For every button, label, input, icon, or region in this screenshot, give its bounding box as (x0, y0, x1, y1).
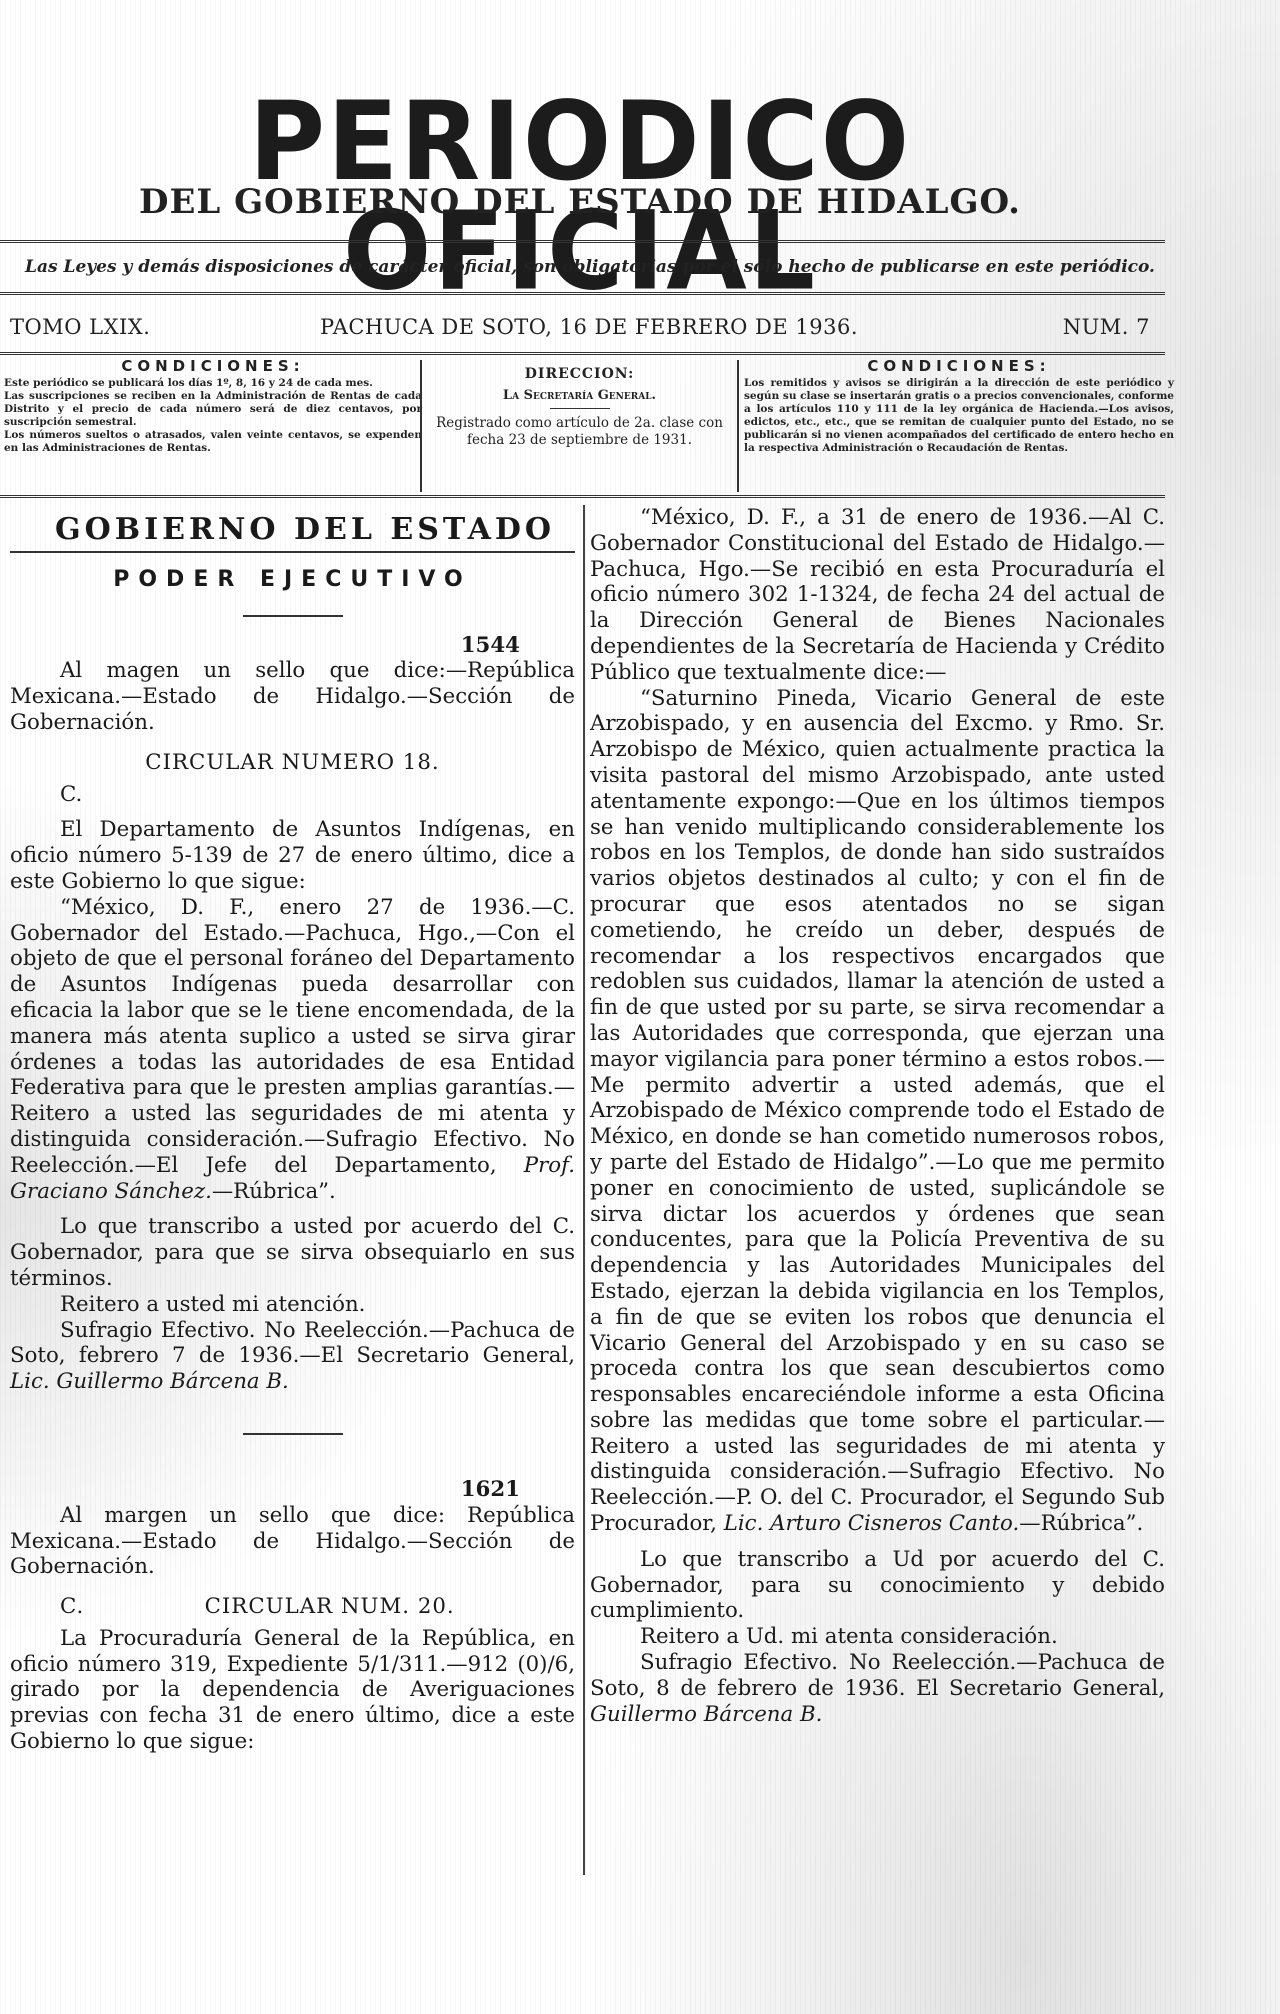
signature: Lic. Guillermo Bárcena B. (10, 1369, 289, 1394)
circular-heading: CIRCULAR NUMERO 18. (10, 750, 575, 776)
paragraph: Lo que transcribo a Ud por acuerdo del C… (590, 1547, 1165, 1624)
conditions-text: Este periódico se publicará los días 1º,… (4, 377, 422, 390)
paragraph: Sufragio Efectivo. No Reelección.—Pachuc… (10, 1318, 575, 1395)
rule (0, 352, 1165, 355)
rule (0, 495, 1165, 498)
direction-box: DIRECCION: La Secretaría General. Regist… (420, 360, 739, 492)
divider (550, 408, 610, 409)
divider (10, 551, 575, 553)
text: —Rúbrica”. (212, 1179, 336, 1204)
paragraph: La Procuraduría General de la República,… (10, 1626, 575, 1755)
divider (243, 1433, 343, 1435)
paragraph: Al margen un sello que dice: República M… (10, 1503, 575, 1580)
conditions-text: Los números sueltos o atrasados, valen v… (4, 429, 422, 455)
signature: Guillermo Bárcena B. (590, 1702, 822, 1727)
volume-label: TOMO LXIX. (10, 315, 150, 339)
registration-text: Registrado como artículo de 2a. clase co… (422, 415, 737, 449)
conditions-title: CONDICIONES: (4, 360, 422, 373)
circular-heading: C.CIRCULAR NUM. 20. (10, 1594, 575, 1620)
direction-secretaria: La Secretaría General. (422, 389, 737, 402)
paragraph: “México, D. F., enero 27 de 1936.—C. Gob… (10, 895, 575, 1205)
text: “México, D. F., enero 27 de 1936.—C. Gob… (10, 895, 575, 1178)
paragraph: Sufragio Efectivo. No Reelección.—Pachuc… (590, 1650, 1165, 1727)
direction-title: DIRECCION: (422, 368, 737, 381)
paragraph: Reitero a Ud. mi atenta consideración. (590, 1624, 1165, 1650)
masthead-subtitle: DEL GOBIERNO DEL ESTADO DE HIDALGO. (0, 182, 1160, 222)
right-column: “México, D. F., a 31 de enero de 1936.—A… (590, 505, 1165, 1727)
addressee: C. (10, 782, 575, 808)
paragraph: Reitero a usted mi atención. (10, 1292, 575, 1318)
conditions-text: Los remitidos y avisos se dirigirán a la… (744, 377, 1174, 455)
item-number: 1621 (10, 1477, 575, 1503)
text: —Rúbrica”. (1019, 1511, 1143, 1536)
paragraph: Al magen un sello que dice:—República Me… (10, 658, 575, 735)
divider (243, 615, 343, 617)
issue-number: NUM. 7 (1063, 315, 1150, 339)
paragraph: “Saturnino Pineda, Vicario General de es… (590, 686, 1165, 1537)
conditions-left-box: CONDICIONES: Este periódico se publicará… (0, 360, 426, 492)
conditions-right-box: CONDICIONES: Los remitidos y avisos se d… (738, 360, 1180, 492)
text: “Saturnino Pineda, Vicario General de es… (590, 686, 1165, 1537)
conditions-title: CONDICIONES: (744, 360, 1174, 373)
text: Sufragio Efectivo. No Reelección.—Pachuc… (10, 1318, 575, 1369)
rule (0, 240, 1165, 243)
signature: Lic. Arturo Cisneros Canto. (724, 1511, 1020, 1536)
rule (0, 292, 1165, 295)
paragraph: “México, D. F., a 31 de enero de 1936.—A… (590, 505, 1165, 686)
item-number: 1544 (10, 633, 575, 659)
paragraph: Lo que transcribo a usted por acuerdo de… (10, 1214, 575, 1291)
place-date: PACHUCA DE SOTO, 16 DE FEBRERO DE 1936. (320, 315, 858, 339)
issue-info-line: TOMO LXIX. PACHUCA DE SOTO, 16 DE FEBRER… (10, 315, 1160, 345)
paragraph: El Departamento de Asuntos Indígenas, en… (10, 817, 575, 894)
left-column: GOBIERNO DEL ESTADO PODER EJECUTIVO 1544… (10, 505, 575, 1755)
addressee: C. (10, 1594, 84, 1620)
legal-notice: Las Leyes y demás disposiciones de carác… (20, 257, 1160, 277)
section-title: GOBIERNO DEL ESTADO (35, 517, 575, 543)
circular-title: CIRCULAR NUM. 20. (205, 1594, 455, 1619)
text: Sufragio Efectivo. No Reelección.—Pachuc… (590, 1650, 1165, 1701)
conditions-text: Las suscripciones se reciben en la Admin… (4, 390, 422, 429)
conditions-boxes: CONDICIONES: Este periódico se publicará… (0, 360, 1170, 492)
column-divider (583, 505, 585, 1875)
subsection-title: PODER EJECUTIVO (10, 567, 575, 593)
